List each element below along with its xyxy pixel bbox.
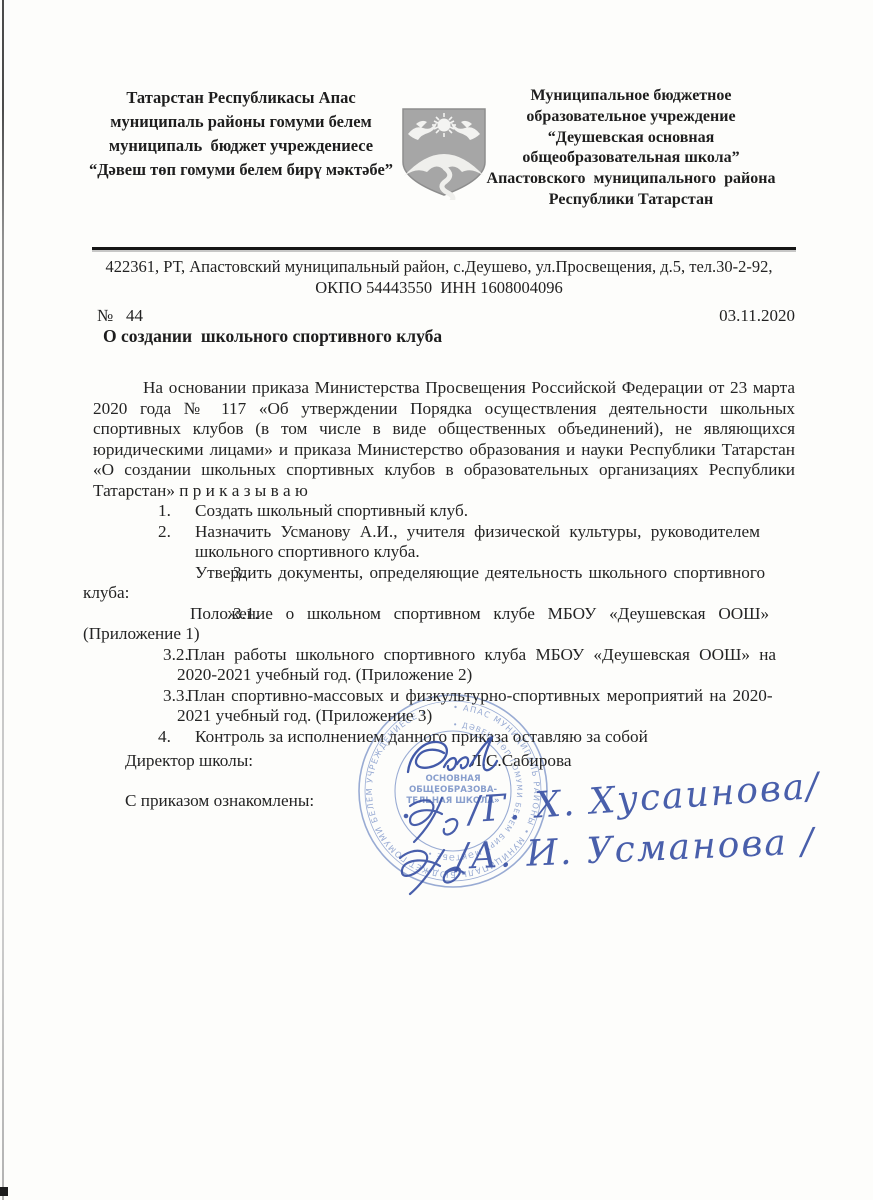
org-left-line: муниципаль районы гомуми белем (85, 110, 397, 134)
order-number: № 44 (97, 306, 143, 325)
item-number: 4. (158, 727, 195, 748)
org-right-line: Муниципальное бюджетное (455, 86, 807, 107)
order-item-3: 3.Утвердить документы, определяющие деят… (83, 563, 795, 604)
scanned-order-page: Татарстан Республикасы Апас муниципаль р… (0, 0, 873, 1200)
item-number: 3. (158, 563, 195, 584)
org-left-line: муниципаль бюджет учреждениесе (85, 134, 397, 158)
order-item-1: 1.Создать школьный спортивный клуб. (83, 501, 795, 522)
org-name-russian: Муниципальное бюджетное образовательное … (455, 86, 807, 211)
org-right-line: “Деушевская основная (455, 128, 807, 149)
item-text: клуба: (83, 583, 129, 602)
item-text: Назначить Усманову А.И., учителя физичес… (195, 522, 760, 541)
item-text: школьного спортивного клуба. (195, 542, 420, 561)
org-name-tatar: Татарстан Республикасы Апас муниципаль р… (85, 86, 397, 182)
contact-codes: ОКПО 54443550 ИНН 1608004096 (83, 277, 795, 298)
contact-address: 422361, РТ, Апастовский муниципальный ра… (83, 256, 795, 277)
item-text: Положение о школьном спортивном клубе МБ… (190, 604, 769, 623)
item-number: 3.1. (158, 604, 190, 625)
order-item-3-1: 3.1.Положение о школьном спортивном клуб… (83, 604, 795, 645)
org-right-line: Республики Татарстан (455, 190, 807, 211)
order-meta-row: № 44 03.11.2020 (83, 306, 795, 326)
item-text: 2021 учебный год. (Приложение 3) (177, 706, 432, 725)
order-item-2: 2.Назначить Усманову А.И., учителя физич… (83, 522, 795, 563)
order-title: О создании школьного спортивного клуба (103, 326, 753, 347)
intro-paragraph: На основании приказа Министерства Просве… (93, 378, 795, 501)
org-left-line: “Дәвеш төп гомуми белем бирү мәктәбе” (85, 158, 397, 182)
org-right-line: общеобразовательная школа” (455, 148, 807, 169)
letterhead-divider-line (92, 247, 796, 250)
item-text: План работы школьного спортивного клуба … (187, 645, 776, 664)
org-left-line: Татарстан Республикасы Апас (85, 86, 397, 110)
item-text: План спортивно-массовых и физкультурно-с… (187, 686, 773, 705)
order-item-3-3: 3.3.План спортивно-массовых и физкультур… (83, 686, 795, 727)
org-right-line: образовательное учреждение (455, 107, 807, 128)
acknowledged-label: С приказом ознакомлены: (125, 791, 314, 811)
item-number: 1. (158, 501, 195, 522)
scan-corner-artifact (0, 1187, 8, 1196)
item-number: 3.3. (163, 686, 187, 707)
contact-block: 422361, РТ, Апастовский муниципальный ра… (83, 256, 795, 298)
item-text: 2020-2021 учебный год. (Приложение 2) (177, 665, 472, 684)
scan-edge-artifact (2, 0, 4, 1200)
org-right-line: Апастовского муниципального района (455, 169, 807, 190)
item-text: Утвердить документы, определяющие деятел… (195, 563, 765, 582)
item-number: 3.2. (163, 645, 187, 666)
order-date: 03.11.2020 (719, 306, 795, 326)
order-item-3-2: 3.2.План работы школьного спортивного кл… (83, 645, 795, 686)
director-signature-ink (392, 726, 504, 798)
item-number: 2. (158, 522, 195, 543)
item-text: (Приложение 1) (83, 624, 200, 643)
director-label: Директор школы: (125, 751, 253, 771)
item-text: Создать школьный спортивный клуб. (195, 501, 468, 520)
order-body: На основании приказа Министерства Просве… (83, 378, 795, 747)
